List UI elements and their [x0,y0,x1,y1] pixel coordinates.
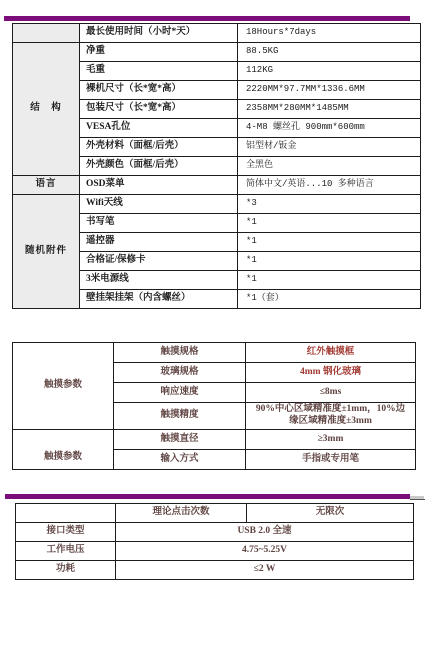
spec-label-cell: 合格证/保修卡 [80,252,238,271]
spec-value-cell: 18Hours*7days [238,24,421,43]
touch-params-table: 触摸参数 触摸规格 红外触摸框 玻璃规格 4mm 钢化玻璃 响应速度 ≤8ms … [12,342,416,470]
table-row: 理论点击次数 无限次 [16,504,414,523]
spec-value-cell: 2358MM*280MM*1485MM [238,100,421,119]
spec-label-cell: 包装尺寸（长*宽*高） [80,100,238,119]
table-row: 结 构 净重 88.5KG [13,43,421,62]
section-header-structure: 结 构 [13,43,80,176]
spec-value-cell: 88.5KG [238,43,421,62]
io-value-cell: ≤2 W [116,561,414,580]
io-header-cell: 工作电压 [16,542,116,561]
touch-value-cell: 红外触摸框 [246,343,416,363]
spec-label-cell: 净重 [80,43,238,62]
spec-value-cell: 112KG [238,62,421,81]
table-row: 工作电压 4.75~5.25V [16,542,414,561]
section-header-accessories: 随机附件 [13,195,80,309]
spec-value-cell: *1 [238,233,421,252]
touch-value-cell: 4mm 钢化玻璃 [246,363,416,383]
spec-label-cell: OSD菜单 [80,176,238,195]
spec-value-cell: *1 [238,271,421,290]
table-row: 触摸参数 触摸直径 ≥3mm [13,430,416,450]
interface-table: 理论点击次数 无限次 接口类型 USB 2.0 全速 工作电压 4.75~5.2… [15,503,414,580]
io-header-cell: 接口类型 [16,523,116,542]
io-label-cell: 理论点击次数 [116,504,247,523]
spec-table: 最长使用时间（小时*天） 18Hours*7days 结 构 净重 88.5KG… [12,23,421,309]
spec-label-cell: Wifi天线 [80,195,238,214]
table-row: 触摸参数 触摸规格 红外触摸框 [13,343,416,363]
io-value-cell: 4.75~5.25V [116,542,414,561]
spec-value-cell: *1（套） [238,290,421,309]
section-header-language: 语言 [13,176,80,195]
touch-label-cell: 触摸精度 [114,403,246,430]
top-divider-bar [4,16,410,21]
io-header-cell: 功耗 [16,561,116,580]
touch-label-cell: 触摸直径 [114,430,246,450]
touch-value-cell: 手指或专用笔 [246,450,416,470]
spec-label-cell: VESA孔位 [80,119,238,138]
spec-label-cell: 外壳颜色（面框/后壳） [80,157,238,176]
io-header-cell [16,504,116,523]
table-row: 最长使用时间（小时*天） 18Hours*7days [13,24,421,43]
touch-value-cell: 90%中心区域精准度±1mm，10%边缘区域精准度±3mm [246,403,416,430]
spec-value-cell: 4-M8 螺丝孔 900mm*600mm [238,119,421,138]
table-row: 随机附件 Wifi天线 *3 [13,195,421,214]
touch-label-cell: 响应速度 [114,383,246,403]
divider-bar-tail [410,499,425,500]
spec-label-cell: 3米电源线 [80,271,238,290]
spec-value-cell: 2220MM*97.7MM*1336.6MM [238,81,421,100]
touch-label-cell: 输入方式 [114,450,246,470]
spec-value-cell: 全黑色 [238,157,421,176]
table-row: 语言 OSD菜单 简体中文/英语...10 多种语言 [13,176,421,195]
section-header-cell [13,24,80,43]
section-header-touch-params-2: 触摸参数 [13,430,114,470]
spec-value-cell: *3 [238,195,421,214]
table-row: 功耗 ≤2 W [16,561,414,580]
spec-label-cell: 裸机尺寸（长*宽*高） [80,81,238,100]
touch-label-cell: 触摸规格 [114,343,246,363]
spec-value-cell: *1 [238,252,421,271]
spec-label-cell: 遥控器 [80,233,238,252]
spec-value-cell: 简体中文/英语...10 多种语言 [238,176,421,195]
middle-divider-bar [5,494,410,499]
spec-label-cell: 最长使用时间（小时*天） [80,24,238,43]
spec-label-cell: 毛重 [80,62,238,81]
spec-label-cell: 外壳材料（面框/后壳） [80,138,238,157]
touch-label-cell: 玻璃规格 [114,363,246,383]
touch-value-cell: ≤8ms [246,383,416,403]
spec-label-cell: 壁挂架挂架（内含螺丝） [80,290,238,309]
section-header-touch-params-1: 触摸参数 [13,343,114,430]
spec-value-cell: 铝型材/钣金 [238,138,421,157]
io-value-cell: USB 2.0 全速 [116,523,414,542]
touch-value-cell: ≥3mm [246,430,416,450]
spec-value-cell: *1 [238,214,421,233]
table-row: 接口类型 USB 2.0 全速 [16,523,414,542]
spec-label-cell: 书写笔 [80,214,238,233]
io-value-cell: 无限次 [247,504,414,523]
